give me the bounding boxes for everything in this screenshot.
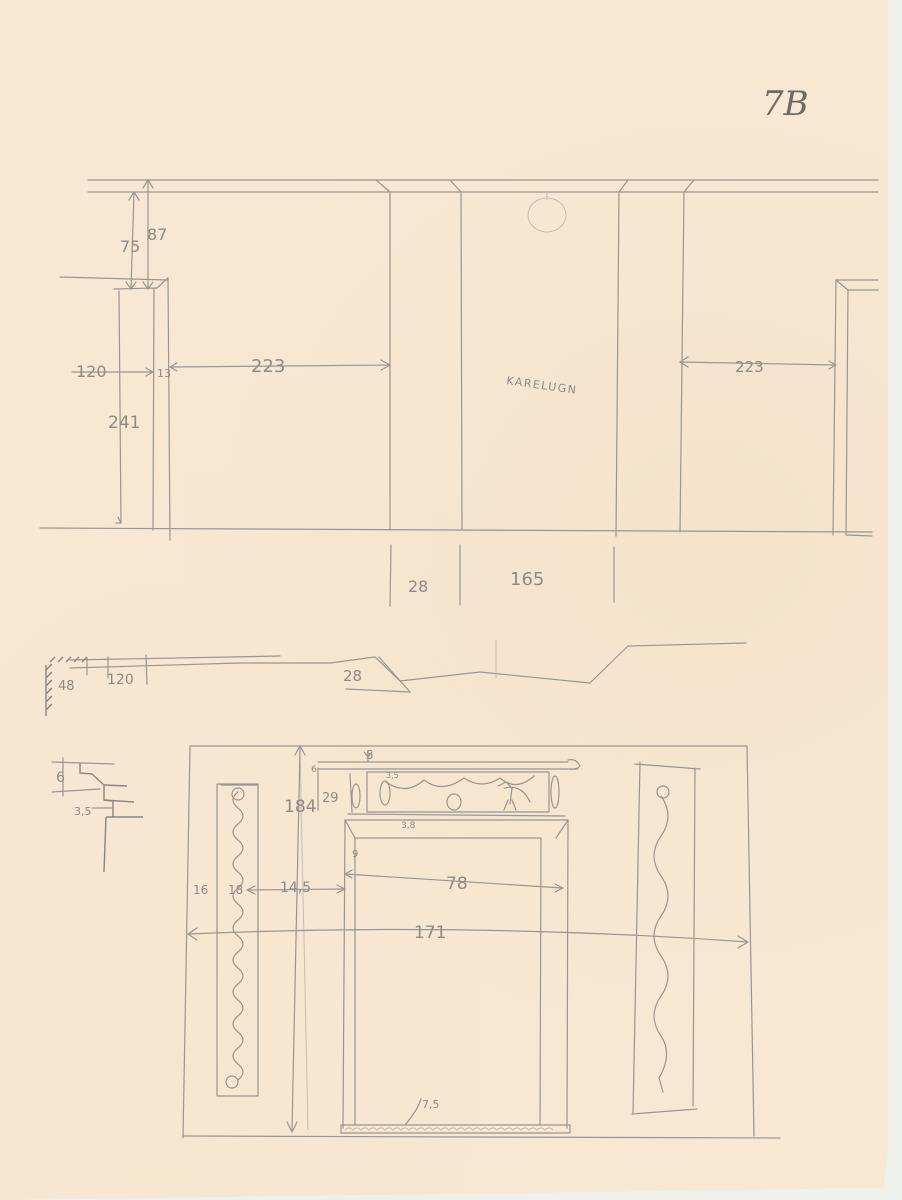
- dim-223-left: 223: [251, 356, 285, 377]
- dim-16: 16: [193, 883, 208, 897]
- dim-171: 171: [414, 923, 446, 943]
- dim-87: 87: [147, 225, 167, 244]
- dim-78: 78: [446, 874, 468, 894]
- architectural-sketch: 7B: [0, 0, 902, 1200]
- dim-75: 75: [120, 237, 140, 256]
- dim-223-right: 223: [735, 358, 764, 376]
- dim-7-5: 7,5: [422, 1098, 440, 1111]
- dim-3-5-profile: 3,5: [74, 805, 92, 818]
- dim-29-frieze: 29: [322, 791, 339, 806]
- dim-120: 120: [76, 362, 107, 381]
- fireplace-elevation: 184 6 5 29 3,5 3,8 16 18 14,5 9 78 171 7…: [183, 746, 780, 1138]
- dim-3-5-frieze: 3,5: [386, 771, 399, 780]
- dim-28: 28: [408, 577, 428, 596]
- dim-28-plan: 28: [343, 667, 362, 685]
- dim-6-profile: 6: [56, 770, 65, 786]
- sheet-number: 7B: [762, 84, 809, 124]
- dim-14-5: 14,5: [280, 880, 311, 896]
- dim-241: 241: [108, 413, 140, 433]
- dim-5-projection: 5: [366, 748, 374, 762]
- dim-13: 13: [157, 367, 171, 380]
- dim-184: 184: [284, 797, 316, 817]
- plan-section: 48 120 28: [46, 640, 746, 716]
- molding-profile: 6 3,5: [52, 758, 143, 872]
- dim-3-8: 3,8: [401, 821, 416, 831]
- dim-6-cornice: 6: [311, 765, 317, 775]
- label-karelugn: KARELUGN: [506, 374, 579, 397]
- dim-165: 165: [510, 569, 544, 590]
- dim-120-plan: 120: [107, 672, 134, 688]
- wall-elevation: 75 87 241 120 13 223 223 28 165 KARELUGN: [40, 180, 878, 606]
- dim-9: 9: [352, 849, 358, 860]
- dim-48: 48: [58, 679, 75, 694]
- dim-18: 18: [228, 883, 243, 897]
